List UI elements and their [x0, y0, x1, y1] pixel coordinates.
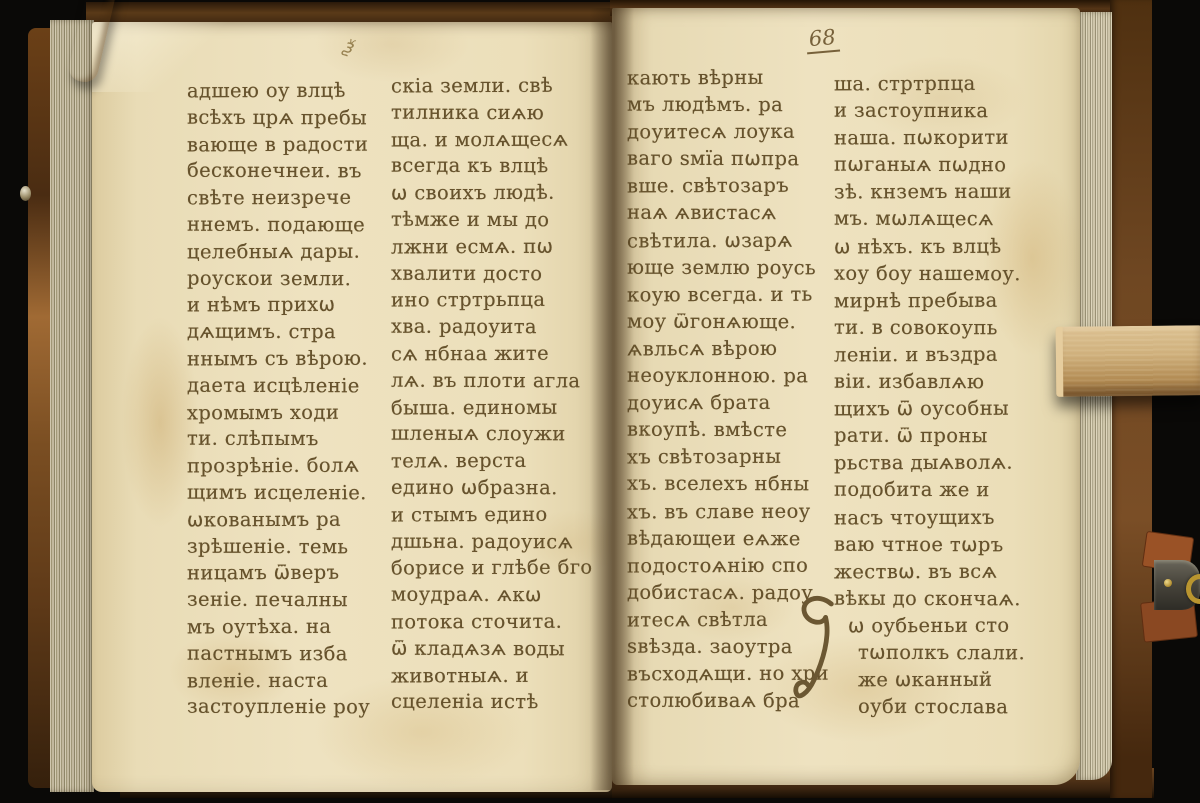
manuscript-line: свѣтила. ѡзарѧ	[627, 226, 829, 254]
right-cover-board	[1110, 0, 1152, 798]
manuscript-line: наѧ ѧвистасѧ	[627, 199, 829, 227]
manuscript-line: свѣте неизрече	[187, 185, 370, 213]
manuscript-line: наша. пѡкорити	[834, 124, 1025, 152]
manuscript-line: даета исцѣленіе	[187, 372, 370, 399]
manuscript-line: ща. и молѧщесѧ	[391, 126, 593, 154]
page-number: 68	[805, 25, 840, 55]
manuscript-line: ѡ нѣхъ. къ влцѣ	[834, 232, 1025, 260]
manuscript-line: ѡ своихъ людѣ.	[391, 180, 593, 208]
manuscript-line: віи. избавлѧю	[834, 368, 1025, 396]
manuscript-line: вѣдающеи еѧже	[627, 524, 829, 552]
manuscript-line: ѿ кладѧзѧ воды	[391, 635, 593, 663]
manuscript-line: животныѧ. и	[391, 662, 593, 690]
manuscript-line: рати. ѿ проны	[834, 422, 1025, 450]
manuscript-line: тѣмже и мы до	[391, 207, 593, 235]
text-column-2: скіа земли. свѣтилника сиѧюща. и молѧщес…	[391, 73, 593, 716]
manuscript-line: хъ. вселехъ нбны	[627, 470, 829, 498]
manuscript-line: застоупленіе роу	[187, 694, 370, 721]
manuscript-line: щихъ ѿ оусобны	[834, 395, 1025, 423]
wooden-slat	[1056, 325, 1200, 397]
manuscript-line: насъ чтоущихъ	[834, 503, 1025, 531]
manuscript-line: всегда къ влцѣ	[391, 153, 593, 181]
manuscript-line: хоу боу нашемоу.	[834, 259, 1025, 287]
manuscript-line: рьства дыѧволѧ.	[834, 449, 1025, 477]
manuscript-line: ваю чтное тѡръ	[834, 530, 1025, 558]
manuscript-line: вленіе. наста	[187, 667, 370, 695]
manuscript-line: сцеленіа истѣ	[391, 689, 593, 717]
manuscript-line: тѡполкъ слали.	[834, 639, 1025, 667]
manuscript-line: ваго ѕмїа пѡпра	[627, 145, 829, 173]
manuscript-line: прозрѣніе. болѧ	[187, 453, 370, 481]
manuscript-line: телѧ. верста	[391, 448, 593, 476]
manuscript-line: хвалити досто	[391, 260, 593, 288]
manuscript-line: пѡганыѧ пѡдно	[834, 151, 1025, 179]
manuscript-line: скіа земли. свѣ	[391, 73, 593, 101]
manuscript-line: сѧ нбнаа жите	[391, 341, 593, 369]
manuscript-line: и нѣмъ прихѡ	[187, 292, 370, 320]
manuscript-line: всѣхъ црѧ пребы	[187, 104, 370, 131]
manuscript-line: жествѡ. въ всѧ	[834, 557, 1025, 585]
manuscript-line: вше. свѣтозаръ	[627, 172, 829, 200]
manuscript-line: подобита же и	[834, 476, 1025, 504]
text-column-4: ша. стртрпцаи застоупниканаша. пѡкоритип…	[834, 70, 1025, 720]
manuscript-line: бесконечнеи. въ	[187, 158, 370, 185]
manuscript-line: быша. единомы	[391, 394, 593, 422]
right-page: 68 кають вѣрнымъ людѣмъ. радоуитесѧ лоук…	[612, 8, 1080, 785]
manuscript-line: и стымъ едино	[391, 501, 593, 529]
manuscript-line: тилника сиѧю	[391, 99, 593, 127]
manuscript-line: кають вѣрны	[627, 64, 829, 92]
manuscript-line: целебныѧ дары.	[187, 238, 370, 266]
manuscript-line: мирнѣ пребыва	[834, 286, 1025, 314]
manuscript-line: мъ. мѡлѧщесѧ	[834, 205, 1025, 233]
page-corner-highlight	[92, 22, 232, 92]
manuscript-line: борисе и глѣбе бго	[391, 555, 593, 583]
manuscript-line: моудраѧ. ѧкѡ	[391, 582, 593, 610]
text-column-1: адшею оу влцѣвсѣхъ црѧ пребывающе в радо…	[187, 78, 370, 721]
manuscript-line: мъ людѣмъ. ра	[627, 91, 829, 119]
manuscript-line: лѧ. въ плоти агла	[391, 367, 593, 395]
manuscript-line: ша. стртрпца	[834, 70, 1025, 98]
manuscript-line: пастнымъ изба	[187, 640, 370, 667]
manuscript-line: едино ѡбразна.	[391, 475, 593, 503]
manuscript-line: дѧщимъ. стра	[187, 319, 370, 346]
manuscript-line: ннымъ съ вѣрою.	[187, 346, 370, 374]
manuscript-line: хва. радоуита	[391, 314, 593, 342]
manuscript-line: лжни есмѧ. пѡ	[391, 233, 593, 261]
manuscript-line: зеніе. печалны	[187, 587, 370, 614]
manuscript-line: ннемъ. подающе	[187, 212, 370, 239]
manuscript-line: же ѡканный	[834, 666, 1025, 694]
manuscript-line: хъ свѣтозарны	[627, 443, 829, 471]
manuscript-line: ницамъ ѿверъ	[187, 560, 370, 588]
folio-mark: ѯ	[341, 35, 358, 59]
manuscript-line: хромымъ ходи	[187, 399, 370, 427]
manuscript-line: юще землю роусь	[627, 253, 829, 281]
left-clasp-pin	[20, 186, 31, 201]
manuscript-photo: ѯ адшею оу влцѣвсѣхъ црѧ пребывающе в ра…	[0, 0, 1200, 803]
manuscript-line: вкоупѣ. вмѣсте	[627, 416, 829, 444]
manuscript-line: доуисѧ брата	[627, 389, 829, 417]
manuscript-line: щимъ исцеленіе.	[187, 480, 370, 507]
manuscript-line: подостоѧнію спо	[627, 551, 829, 579]
manuscript-line: шленыѧ слоужи	[391, 421, 593, 449]
manuscript-line: ти. слѣпымъ	[187, 426, 370, 453]
left-page-fore-edge	[50, 20, 94, 792]
manuscript-line: вающе в радости	[187, 131, 370, 159]
manuscript-line: дшьна. радоуисѧ	[391, 528, 593, 556]
manuscript-line: леніи. и въздра	[834, 341, 1025, 369]
manuscript-line: и застоупника	[834, 97, 1025, 125]
left-page: ѯ адшею оу влцѣвсѣхъ црѧ пребывающе в ра…	[92, 22, 612, 792]
ornamental-initial-letter	[792, 593, 840, 711]
manuscript-line: роускои земли.	[187, 265, 370, 292]
manuscript-line: зѣ. кнземъ наши	[834, 178, 1025, 206]
manuscript-line: вѣкы до скончаѧ.	[834, 584, 1025, 612]
manuscript-line: коую всегда. и ть	[627, 280, 829, 308]
manuscript-line: мъ оутѣха. на	[187, 614, 370, 642]
manuscript-line: моу ѿгонѧюще.	[627, 307, 829, 335]
manuscript-line: ѧвльсѧ вѣрою	[627, 334, 829, 362]
manuscript-line: доуитесѧ лоука	[627, 118, 829, 146]
manuscript-line: хъ. въ славе неоу	[627, 497, 829, 525]
clasp-assembly	[1142, 534, 1200, 638]
manuscript-line: ѡкованымъ ра	[187, 506, 370, 534]
manuscript-line: ино стртрьпца	[391, 287, 593, 315]
manuscript-line: неоуклонною. ра	[627, 362, 829, 390]
manuscript-line: ти. в совокоупь	[834, 314, 1025, 342]
clasp-rivet	[1164, 579, 1172, 587]
manuscript-line: оуби стослава	[834, 693, 1025, 721]
manuscript-line: зрѣшеніе. темь	[187, 533, 370, 560]
manuscript-line: ѡ оубьеньи сто	[834, 611, 1025, 639]
manuscript-line: потока сточита.	[391, 608, 593, 636]
